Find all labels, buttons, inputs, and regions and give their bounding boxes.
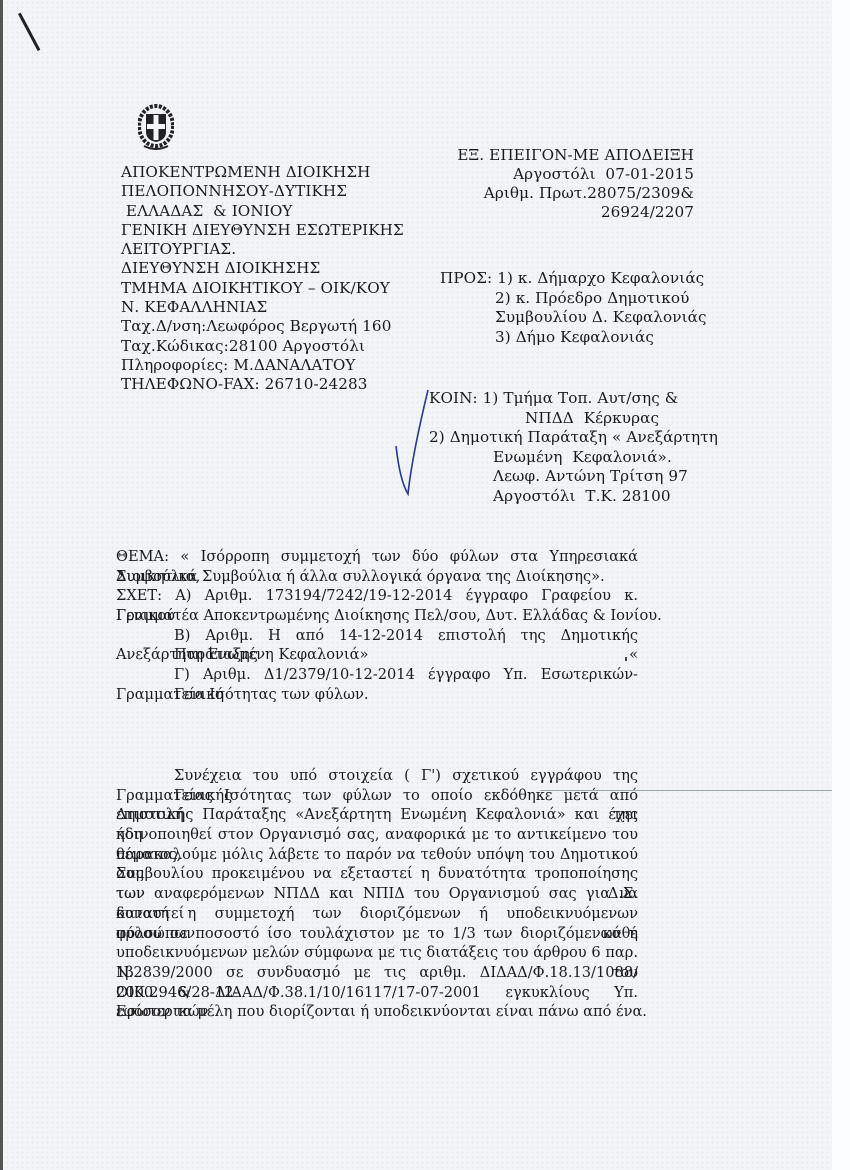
recipient-line: Συμβουλίου Δ. Κεφαλονιάς: [440, 308, 707, 328]
cc-line: Αργοστόλι Τ.Κ. 28100: [429, 487, 718, 507]
recipient-line: ΠΡΟΣ: 1) κ. Δήμαρχο Κεφαλονιάς: [440, 269, 707, 289]
scan-artifact-dot: [625, 657, 627, 661]
recipients-cc: ΚΟΙΝ: 1) Τμήμα Τοπ. Αυτ/σης & ΝΠΔΔ Κέρκυ…: [429, 389, 718, 506]
sender-line: ΓΕΝΙΚΗ ΔΙΕΥΘΥΝΣΗ ΕΣΩΤΕΡΙΚΗΣ: [121, 221, 404, 240]
body-line: Συμβουλίου προκειμένου να εξεταστεί η δυ…: [116, 864, 638, 884]
sender-line: ΕΛΛΑΔΑΣ & ΙΟΝΙΟΥ: [121, 202, 404, 221]
sender-line: ΤΗΛΕΦΩΝΟ-FAX: 26710-24283: [121, 375, 404, 394]
body-line: δυνατή η συμμετοχή των διοριζόμενων ή υπ…: [116, 904, 638, 924]
cc-line: Λεωφ. Αντώνη Τρίτση 97: [429, 467, 718, 487]
scan-edge: [0, 0, 3, 1170]
document-header-info: ΕΞ. ΕΠΕΙΓΟΝ-ΜΕ ΑΠΟΔΕΙΞΗ Αργοστόλι 07-01-…: [447, 146, 694, 222]
recipient-line: 3) Δήμο Κεφαλονιάς: [440, 328, 707, 348]
place-date: Αργοστόλι 07-01-2015: [447, 165, 694, 184]
sender-line: ΤΜΗΜΑ ΔΙΟΙΚΗΤΙΚΟΥ – ΟΙΚ/ΚΟΥ: [121, 279, 404, 298]
protocol-number-cont: 26924/2207: [447, 203, 694, 222]
body-line: κοινοποιηθεί στον Οργανισμό σας, αναφορι…: [116, 825, 638, 845]
scan-margin: [832, 0, 850, 1170]
reference-line: Γραμματεία Ισότητας των φύλων.: [116, 685, 638, 705]
greek-coat-of-arms-icon: [138, 102, 174, 152]
reference-line: Β) Αριθμ. Η από 14-12-2014 επιστολή της …: [116, 626, 638, 646]
sender-line: Ταχ.Δ/νση:Λεωφόρος Βεργωτή 160: [121, 317, 404, 336]
recipients-to: ΠΡΟΣ: 1) κ. Δήμαρχο Κεφαλονιάς 2) κ. Πρό…: [440, 269, 707, 347]
sender-line: Πληροφορίες: Μ.ΔΑΝΑΛΑΤΟΥ: [121, 356, 404, 375]
sender-line: Ταχ.Κώδικας:28100 Αργοστόλι: [121, 337, 404, 356]
subject-line: ΘΕΜΑ: « Ισόρροπη συμμετοχή των δύο φύλων…: [116, 547, 638, 567]
body-line: 2000 & ΔΙΔΑΔ/Φ.38.1/10/16117/17-07-2001 …: [116, 983, 638, 1003]
subject-block: ΘΕΜΑ: « Ισόρροπη συμμετοχή των δύο φύλων…: [116, 547, 638, 705]
body-paragraph: Συνέχεια του υπό στοιχεία ( Γ') σχετικού…: [116, 766, 638, 1022]
body-line: εφόσον τα μέλη που διορίζονται ή υποδεικ…: [116, 1002, 638, 1022]
body-line: φύλου σε ποσοστό ίσο τουλάχιστον με το 1…: [116, 924, 638, 944]
sender-line: ΠΕΛΟΠΟΝΝΗΣΟΥ-ΔΥΤΙΚΗΣ: [121, 182, 404, 201]
body-line: των αναφερόμενων ΝΠΔΔ και ΝΠΙΔ του Οργαν…: [116, 884, 638, 904]
body-line: υποδεικνυόμενων μελών σύμφωνα με τις δια…: [116, 943, 638, 963]
sender-line: Ν. ΚΕΦΑΛΛΗΝΙΑΣ: [121, 298, 404, 317]
cc-line: ΝΠΔΔ Κέρκυρας: [429, 409, 718, 429]
scan-artifact-line: [540, 790, 832, 791]
sender-line: ΛΕΙΤΟΥΡΓΙΑΣ.: [121, 240, 404, 259]
cc-line: 2) Δημοτική Παράταξη « Ανεξάρτητη: [429, 428, 718, 448]
body-line: Ν.2839/2000 σε συνδυασμό με τις αριθμ. Δ…: [116, 963, 638, 983]
sender-line: ΑΠΟΚΕΝΤΡΩΜΕΝΗ ΔΙΟΙΚΗΣΗ: [121, 163, 404, 182]
cc-line: Ενωμένη Κεφαλονιά».: [429, 448, 718, 468]
reference-line: ΣΧΕΤ: Α) Αριθμ. 173194/7242/19-12-2014 έ…: [116, 586, 638, 606]
body-line: παρακαλούμε μόλις λάβετε το παρόν να τεθ…: [116, 845, 638, 865]
handwritten-check-icon: [394, 386, 434, 498]
body-line: Συνέχεια του υπό στοιχεία ( Γ') σχετικού…: [116, 766, 638, 786]
protocol-number: Αριθμ. Πρωτ.28075/2309&: [447, 184, 694, 203]
recipient-line: 2) κ. Πρόεδρο Δημοτικού: [440, 289, 707, 309]
urgency-label: ΕΞ. ΕΠΕΙΓΟΝ-ΜΕ ΑΠΟΔΕΙΞΗ: [447, 146, 694, 165]
sender-line: ΔΙΕΥΘΥΝΣΗ ΔΙΟΙΚΗΣΗΣ: [121, 259, 404, 278]
sender-block: ΑΠΟΚΕΝΤΡΩΜΕΝΗ ΔΙΟΙΚΗΣΗ ΠΕΛΟΠΟΝΝΗΣΟΥ-ΔΥΤΙ…: [121, 163, 404, 395]
reference-line: Γραμματέα Αποκεντρωμένης Διοίκησης Πελ/σ…: [116, 606, 638, 626]
body-line: Δημοτικής Παράταξης «Ανεξάρτητη Ενωμένη …: [116, 805, 638, 825]
cc-line: ΚΟΙΝ: 1) Τμήμα Τοπ. Αυτ/σης &: [429, 389, 718, 409]
reference-line: Γ) Αριθμ. Δ1/2379/10-12-2014 έγγραφο Υπ.…: [116, 665, 638, 685]
subject-line: Διοικητικά Συμβούλια ή άλλα συλλογικά όρ…: [116, 567, 638, 587]
body-line: Γραμματείας Ισότητας των φύλων το οποίο …: [116, 786, 638, 806]
